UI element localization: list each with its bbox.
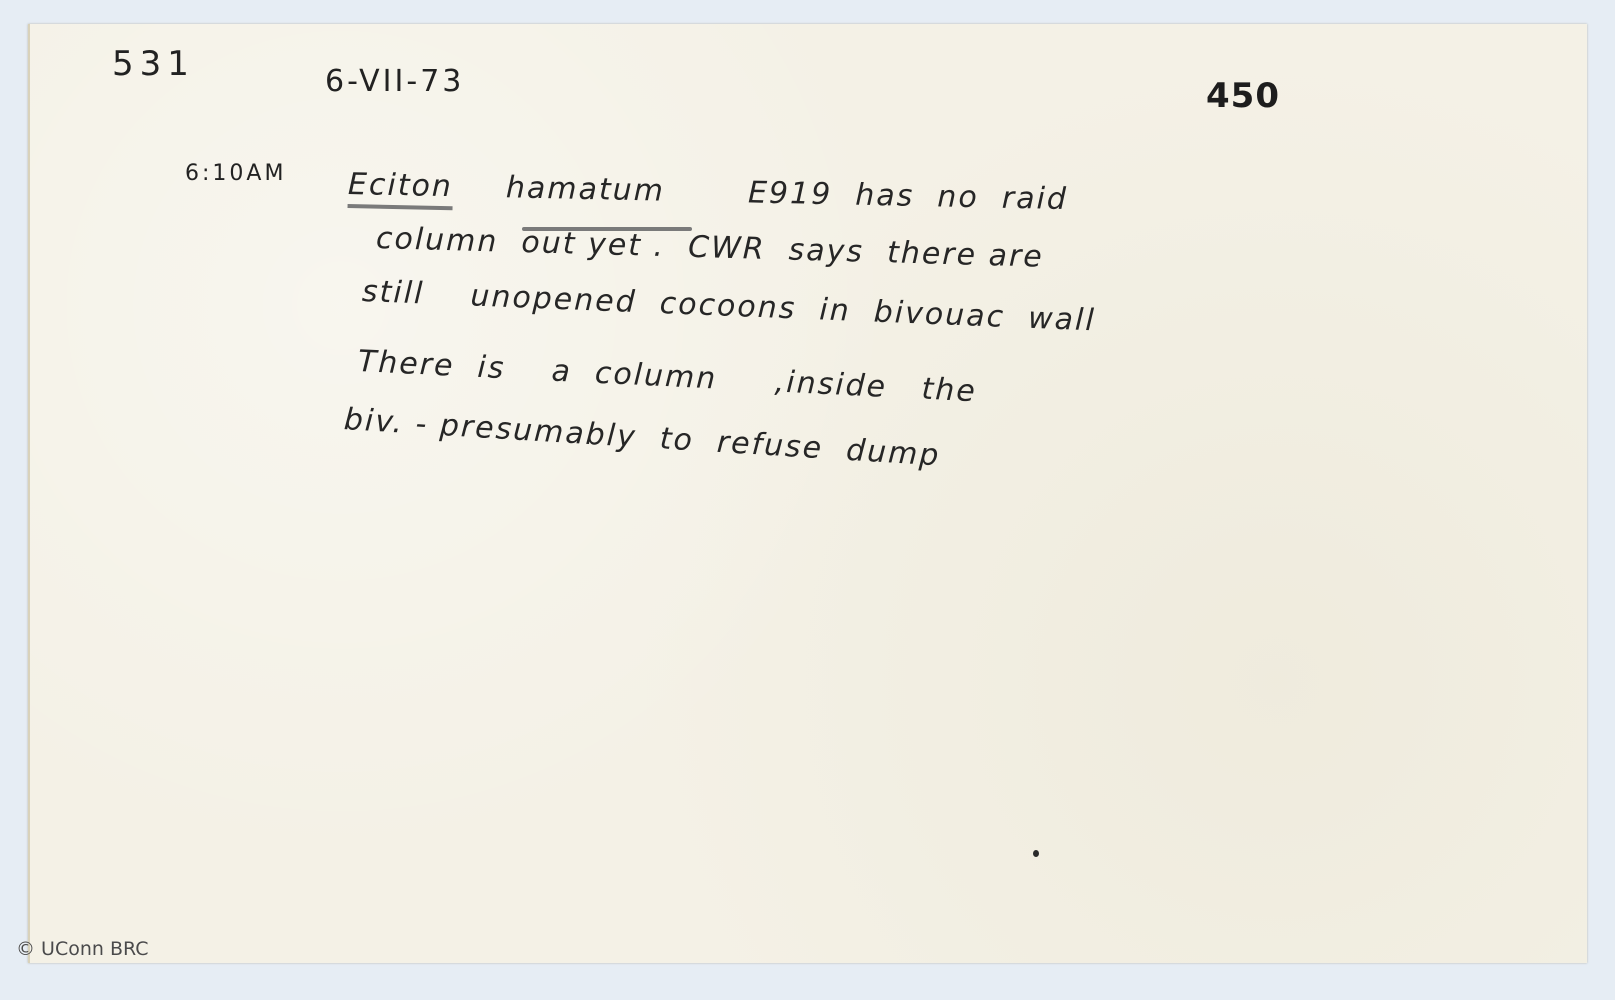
- note-line-1: Eciton hamatum E919 has no raid: [348, 167, 1069, 217]
- observation-time: 6:10AM: [185, 161, 286, 186]
- field-note-card: 531 6-VII-73 450 6:10AM Eciton hamatum E…: [28, 24, 1587, 963]
- note-line-3: still unopened cocoons in bivouac wall: [361, 274, 1096, 338]
- card-number: 531: [112, 44, 195, 84]
- species-name: hamatum: [506, 170, 666, 208]
- note-line-5: biv. - presumably to refuse dump: [343, 402, 941, 473]
- note-line-2: column out yet . CWR says there are: [376, 221, 1045, 275]
- ink-speck: [1033, 850, 1039, 857]
- note-line-4: There is a column ,inside the: [357, 344, 978, 409]
- card-date: 6-VII-73: [325, 64, 464, 99]
- note-line-1-rest: E919 has no raid: [748, 175, 1069, 217]
- copyright-notice: © UConn BRC: [16, 938, 149, 960]
- page-number: 450: [1206, 76, 1280, 116]
- genus-name: Eciton: [348, 167, 454, 210]
